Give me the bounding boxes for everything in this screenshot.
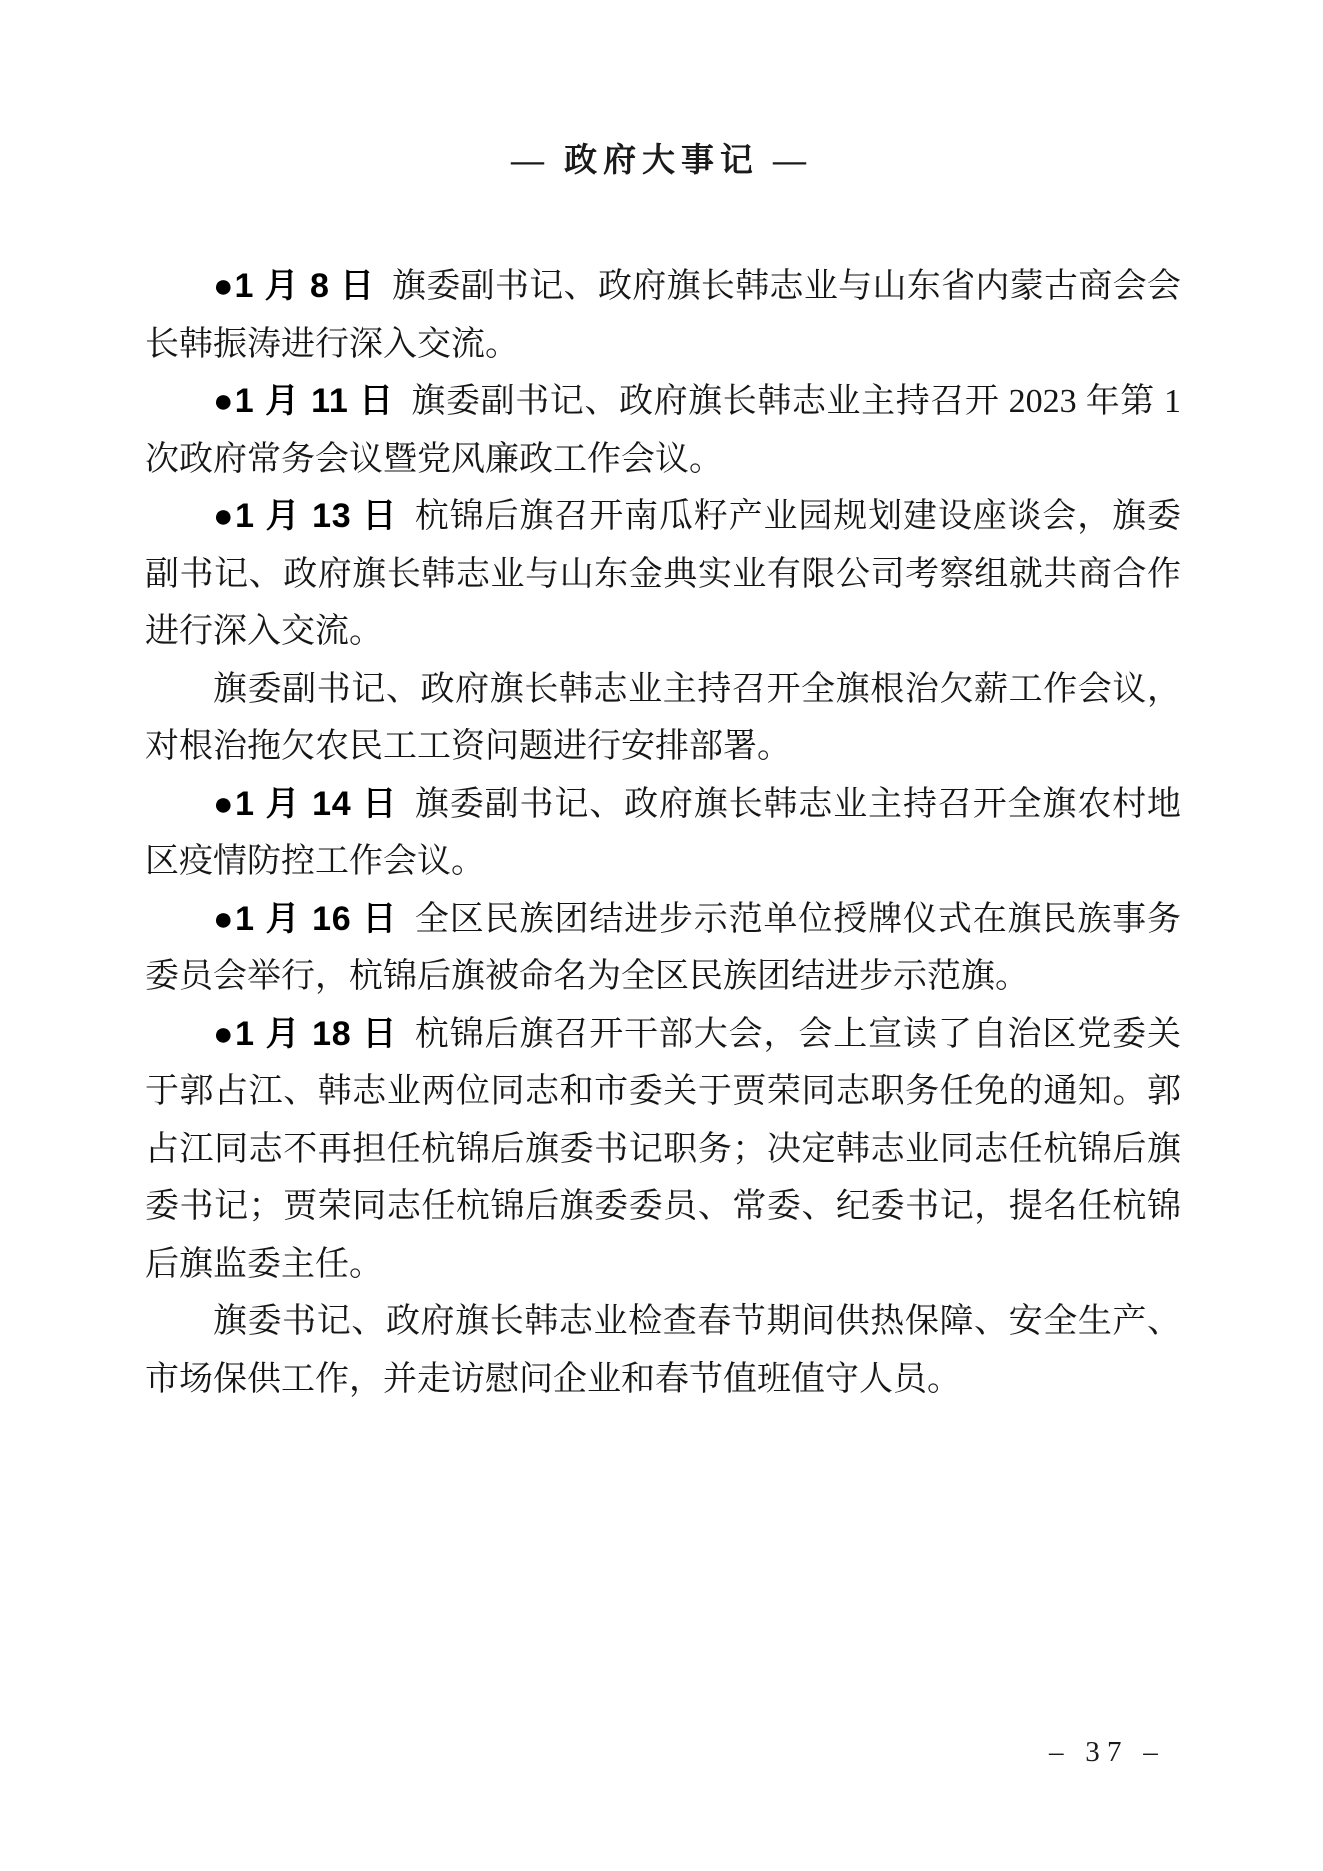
event-date: ●1 月 18 日 [213, 1015, 398, 1053]
event-date: ●1 月 8 日 [213, 267, 375, 305]
event-entry: ●1 月 14 日旗委副书记、政府旗长韩志业主持召开全旗农村地区疫情防控工作会议… [145, 776, 1181, 891]
event-entry: ●1 月 16 日全区民族团结进步示范单位授牌仪式在旗民族事务委员会举行，杭锦后… [145, 891, 1181, 1006]
document-body: ●1 月 8 日旗委副书记、政府旗长韩志业与山东省内蒙古商会会长韩振涛进行深入交… [145, 258, 1181, 1408]
event-entry: ●1 月 13 日杭锦后旗召开南瓜籽产业园规划建设座谈会，旗委副书记、政府旗长韩… [145, 488, 1181, 661]
event-entry: ●1 月 11 日旗委副书记、政府旗长韩志业主持召开 2023 年第 1 次政府… [145, 373, 1181, 488]
event-date: ●1 月 11 日 [213, 382, 394, 420]
event-entry: ●1 月 8 日旗委副书记、政府旗长韩志业与山东省内蒙古商会会长韩振涛进行深入交… [145, 258, 1181, 373]
event-text: 杭锦后旗召开干部大会，会上宣读了自治区党委关于郭占江、韩志业两位同志和市委关于贾… [145, 1016, 1181, 1283]
page-title: — 政府大事记 — [0, 134, 1323, 181]
event-date: ●1 月 16 日 [213, 900, 398, 938]
event-entry: 旗委书记、政府旗长韩志业检查春节期间供热保障、安全生产、市场保供工作，并走访慰问… [145, 1293, 1181, 1408]
event-date: ●1 月 13 日 [213, 497, 398, 535]
event-date: ●1 月 14 日 [213, 785, 398, 823]
event-entry: ●1 月 18 日杭锦后旗召开干部大会，会上宣读了自治区党委关于郭占江、韩志业两… [145, 1006, 1181, 1294]
event-text: 旗委副书记、政府旗长韩志业主持召开全旗根治欠薪工作会议，对根治拖欠农民工工资问题… [145, 671, 1181, 766]
document-page: — 政府大事记 — ●1 月 8 日旗委副书记、政府旗长韩志业与山东省内蒙古商会… [0, 0, 1323, 1871]
event-text: 旗委书记、政府旗长韩志业检查春节期间供热保障、安全生产、市场保供工作，并走访慰问… [145, 1303, 1181, 1398]
event-entry: 旗委副书记、政府旗长韩志业主持召开全旗根治欠薪工作会议，对根治拖欠农民工工资问题… [145, 661, 1181, 776]
page-number: – 37 – [1049, 1736, 1165, 1769]
